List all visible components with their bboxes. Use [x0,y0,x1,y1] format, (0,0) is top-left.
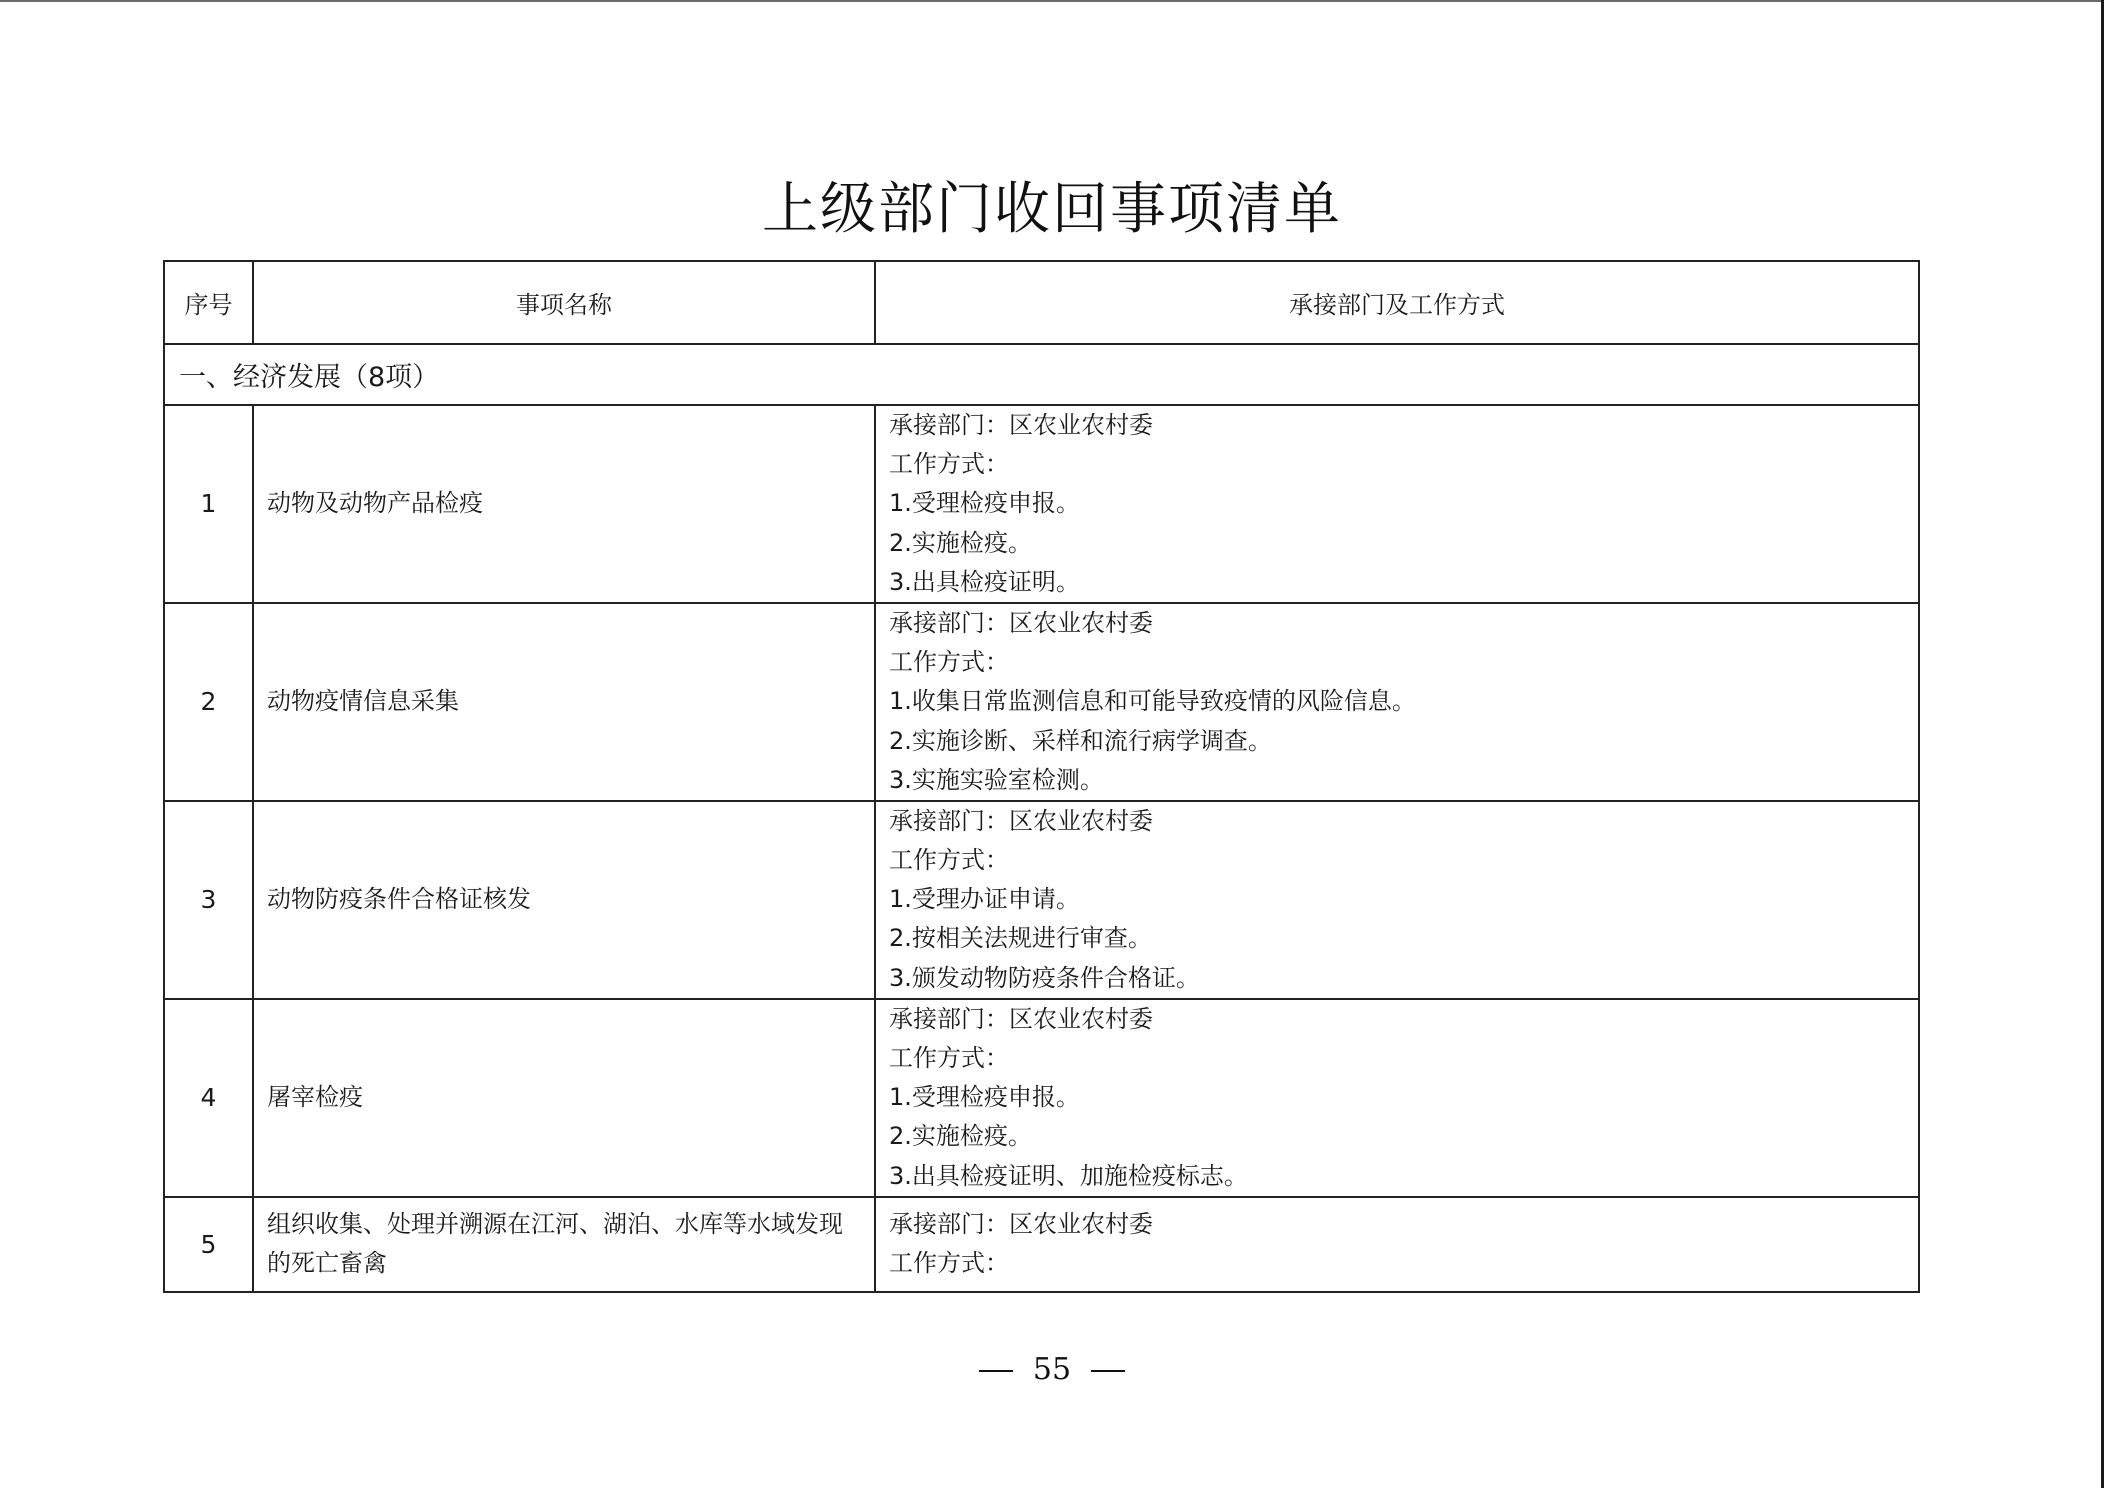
row-number: 2 [164,603,253,801]
dept-line: 1.收集日常监测信息和可能导致疫情的风险信息。 [889,682,1918,721]
dept-line: 3.颁发动物防疫条件合格证。 [889,959,1918,998]
dept-line: 1.受理检疫申报。 [889,1078,1918,1117]
dept-line: 工作方式： [889,445,1918,484]
items-table: 序号 事项名称 承接部门及工作方式 一、经济发展（8项） 1 动物及动物产品检疫… [163,260,1920,1293]
dept-line: 承接部门：区农业农村委 [889,802,1918,841]
dept-line: 工作方式： [889,841,1918,880]
row-number: 1 [164,405,253,603]
section-label: 一、经济发展（8项） [164,344,1919,405]
item-name: 组织收集、处理并溯源在江河、湖泊、水库等水域发现的死亡畜禽 [253,1197,875,1292]
dept-cell: 承接部门：区农业农村委 工作方式： 1.受理办证申请。 2.按相关法规进行审查。… [875,801,1919,999]
dept-line: 3.出具检疫证明。 [889,563,1918,602]
dept-line: 承接部门：区农业农村委 [889,406,1918,445]
header-name: 事项名称 [253,261,875,344]
page-number-value: 55 [1033,1352,1071,1387]
dept-line: 工作方式： [889,1244,1918,1283]
item-name: 屠宰检疫 [253,999,875,1197]
item-name: 动物及动物产品检疫 [253,405,875,603]
table-row: 1 动物及动物产品检疫 承接部门：区农业农村委 工作方式： 1.受理检疫申报。 … [164,405,1919,603]
dept-line: 工作方式： [889,1039,1918,1078]
dept-line: 2.实施检疫。 [889,524,1918,563]
item-name: 动物疫情信息采集 [253,603,875,801]
dept-line: 2.实施检疫。 [889,1117,1918,1156]
dept-line: 2.按相关法规进行审查。 [889,919,1918,958]
header-dept: 承接部门及工作方式 [875,261,1919,344]
dept-cell: 承接部门：区农业农村委 工作方式： 1.收集日常监测信息和可能导致疫情的风险信息… [875,603,1919,801]
page-top-border [0,0,2104,2]
table-row: 3 动物防疫条件合格证核发 承接部门：区农业农村委 工作方式： 1.受理办证申请… [164,801,1919,999]
dept-line: 3.出具检疫证明、加施检疫标志。 [889,1157,1918,1196]
table-header-row: 序号 事项名称 承接部门及工作方式 [164,261,1919,344]
dept-line: 承接部门：区农业农村委 [889,604,1918,643]
dept-line: 承接部门：区农业农村委 [889,1000,1918,1039]
row-number: 5 [164,1197,253,1292]
item-name: 动物防疫条件合格证核发 [253,801,875,999]
dept-line: 3.实施实验室检测。 [889,761,1918,800]
dept-cell: 承接部门：区农业农村委 工作方式： [875,1197,1919,1292]
row-number: 4 [164,999,253,1197]
table-row: 4 屠宰检疫 承接部门：区农业农村委 工作方式： 1.受理检疫申报。 2.实施检… [164,999,1919,1197]
table-row: 5 组织收集、处理并溯源在江河、湖泊、水库等水域发现的死亡畜禽 承接部门：区农业… [164,1197,1919,1292]
dept-cell: 承接部门：区农业农村委 工作方式： 1.受理检疫申报。 2.实施检疫。 3.出具… [875,999,1919,1197]
dept-line: 承接部门：区农业农村委 [889,1205,1918,1244]
dept-cell: 承接部门：区农业农村委 工作方式： 1.受理检疫申报。 2.实施检疫。 3.出具… [875,405,1919,603]
dept-line: 1.受理检疫申报。 [889,484,1918,523]
page-number-dash-right [1091,1370,1125,1372]
table-row: 2 动物疫情信息采集 承接部门：区农业农村委 工作方式： 1.收集日常监测信息和… [164,603,1919,801]
section-row: 一、经济发展（8项） [164,344,1919,405]
page-number-dash-left [979,1370,1013,1372]
row-number: 3 [164,801,253,999]
header-no: 序号 [164,261,253,344]
dept-line: 2.实施诊断、采样和流行病学调查。 [889,722,1918,761]
page-number: 55 [0,1352,2104,1387]
document-title: 上级部门收回事项清单 [0,176,2104,244]
dept-line: 1.受理办证申请。 [889,880,1918,919]
dept-line: 工作方式： [889,643,1918,682]
